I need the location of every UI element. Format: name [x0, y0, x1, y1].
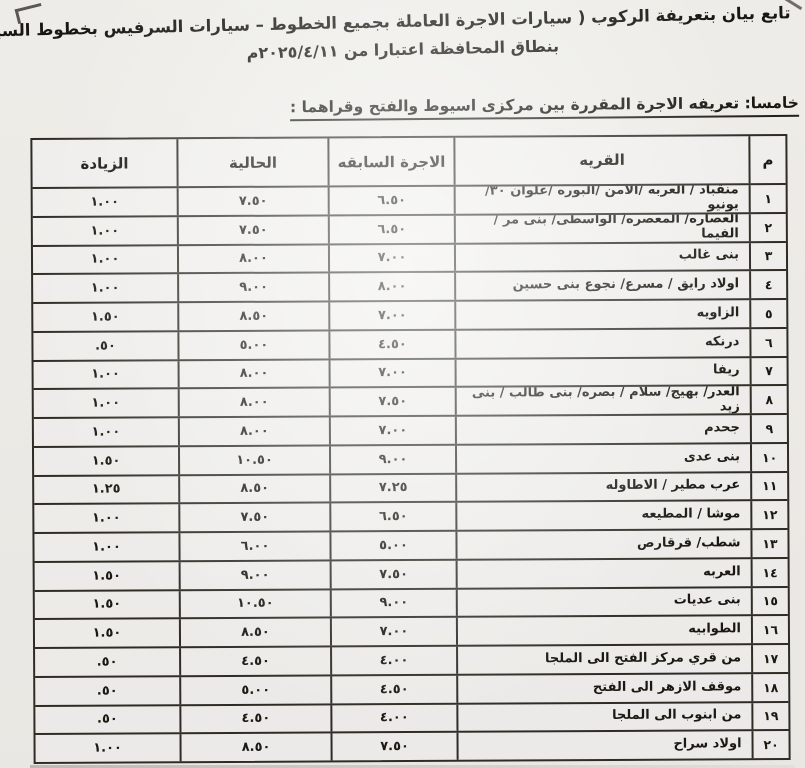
increase-value: ١.٠٠: [91, 252, 120, 267]
row-number-cell: ٩: [750, 415, 787, 442]
previous-fare-value: ٧.٠٠: [380, 624, 409, 639]
table-row: ٥ الزاويه ٧.٠٠ ٨.٥٠ ١.٥٠: [33, 298, 786, 331]
village-name-cell: جحدم: [455, 415, 750, 443]
row-number-cell: ٧: [750, 358, 787, 385]
previous-fare-value: ٧.٠٠: [378, 308, 407, 323]
village-name-cell: بنى غالب: [454, 243, 749, 271]
increase-value: ١.٥٠: [91, 309, 120, 324]
village-name-cell: منقباد / العربه /الامن /البوره /علوان ٣٠…: [454, 185, 749, 213]
table-row: ١٥ بنى عديات ٩.٠٠ ١٠.٥٠ ١.٥٠: [35, 586, 788, 619]
current-fare-value: ٤.٥٠: [241, 654, 270, 669]
current-fare-value: ٨.٥٠: [239, 309, 268, 324]
increase-value: .٥٠: [97, 683, 118, 698]
village-name-cell: اولاد رايق / مسرع/ نجوع بنى حسين: [454, 271, 749, 299]
current-fare-value: ٧.٥٠: [240, 510, 269, 525]
increase-value: ١.٥٠: [92, 453, 121, 468]
previous-fare-value: ٥.٠٠: [379, 538, 408, 553]
village-name-cell: بنى عديات: [456, 588, 751, 616]
header-current-fare: الحالية: [176, 138, 327, 186]
current-fare-value: ٨.٥٠: [242, 740, 271, 755]
village-name-cell: بنى عدى: [455, 444, 750, 472]
previous-fare-value: ٨.٠٠: [378, 279, 407, 294]
village-name-cell: ريفا: [455, 358, 750, 386]
row-number-cell: ٥: [749, 300, 786, 327]
village-name-cell: درنكه: [454, 329, 749, 357]
previous-fare-value: ٧.٠٠: [378, 365, 407, 380]
village-name-cell: الزاويه: [454, 300, 749, 328]
header-previous-fare: الاجرة السابقه: [327, 138, 453, 186]
table-row: ١ منقباد / العربه /الامن /البوره /علوان …: [33, 183, 786, 216]
table-row: ١٨ موقف الازهر الى الفتح ٤.٥٠ ٥.٠٠ .٥٠: [35, 672, 788, 705]
row-number-cell: ٢٠: [751, 731, 788, 758]
increase-value: ١.٠٠: [92, 539, 121, 554]
increase-value: .٥٠: [97, 654, 118, 669]
increase-value: ١.٥٠: [92, 597, 121, 612]
increase-value: ١.٥٠: [92, 568, 121, 583]
village-name-cell: شطب/ قرقارص: [455, 530, 750, 558]
row-number-cell: ١٠: [750, 444, 787, 471]
previous-fare-value: ٧.٠٠: [378, 423, 407, 438]
current-fare-value: ٨.٠٠: [240, 366, 269, 381]
row-number-cell: ١: [749, 185, 786, 212]
current-fare-value: ٩.٠٠: [239, 280, 268, 295]
header-village: القريه: [453, 136, 748, 185]
row-number-cell: ٨: [750, 386, 787, 413]
previous-fare-value: ٦.٥٠: [377, 222, 406, 237]
previous-fare-value: ٦.٥٠: [377, 193, 406, 208]
table-row: ١٩ من ابنوب الى الملجا ٤.٠٠ ٤.٥٠ .٥٠: [35, 701, 788, 734]
village-name-cell: العربه: [456, 559, 751, 587]
increase-value: .٥٠: [97, 712, 118, 727]
previous-fare-value: ٦.٥٠: [379, 509, 408, 524]
header-increase: الزيادة: [32, 139, 176, 187]
fare-table: م القريه الاجرة السابقه الحالية الزيادة …: [30, 134, 790, 764]
current-fare-value: ٤.٥٠: [241, 711, 270, 726]
current-fare-value: ٥.٠٠: [240, 337, 269, 352]
row-number-cell: ١١: [750, 473, 787, 500]
row-number-cell: ١٦: [751, 616, 788, 643]
scanned-document-page: تابع بيان بتعريفة الركوب ( سيارات الاجرة…: [0, 0, 805, 768]
increase-value: .٥٠: [95, 338, 116, 353]
document-header: تابع بيان بتعريفة الركوب ( سيارات الاجرة…: [14, 3, 792, 68]
village-name-cell: الطوابيه: [456, 616, 751, 644]
table-row: ٧ ريفا ٧.٠٠ ٨.٠٠ ١.٠٠: [34, 356, 787, 389]
increase-value: ١.٠٠: [91, 396, 120, 411]
row-number-cell: ١٧: [751, 645, 788, 672]
village-name-cell: موشا / المطيعه: [455, 501, 750, 529]
row-number-cell: ٦: [749, 329, 786, 356]
previous-fare-value: ٤.٠٠: [380, 710, 409, 725]
current-fare-value: ٩.٠٠: [241, 567, 270, 582]
increase-value: ١.٠٠: [91, 367, 120, 382]
increase-value: ١.٠٠: [90, 223, 119, 238]
table-row: ١٧ من قري مركز الفتح الى الملجا ٤.٠٠ ٤.٥…: [35, 643, 788, 676]
table-row: ١٠ بنى عدى ٩.٠٠ ١٠.٥٠ ١.٥٠: [34, 442, 787, 475]
table-row: ١٦ الطوابيه ٧.٠٠ ٨.٥٠ ١.٥٠: [35, 614, 788, 647]
table-row: ٢٠ اولاد سراح ٧.٥٠ ٨.٥٠ ١.٠٠: [35, 729, 788, 762]
row-number-cell: ٣: [749, 243, 786, 270]
increase-value: ١.٢٥: [92, 482, 121, 497]
current-fare-value: ٧.٥٠: [239, 194, 268, 209]
row-number-cell: ١٣: [750, 530, 787, 557]
increase-value: ١.٥٠: [93, 626, 122, 641]
increase-value: ١.٠٠: [91, 424, 120, 439]
current-fare-value: ١٠.٥٠: [236, 452, 273, 467]
previous-fare-value: ٧.٥٠: [379, 567, 408, 582]
village-name-cell: العدر/ بهيج/ سلام / بصره/ بنى طالب / بنى…: [455, 386, 750, 414]
village-name-cell: موقف الازهر الى الفتح: [456, 674, 751, 702]
village-name-cell: من ابنوب الى الملجا: [456, 703, 751, 731]
increase-value: ١.٠٠: [92, 511, 121, 526]
row-number-cell: ١٢: [750, 501, 787, 528]
current-fare-value: ٨.٠٠: [240, 395, 269, 410]
row-number-cell: ١٩: [751, 703, 788, 730]
table-row: ٦ درنكه ٤.٥٠ ٥.٠٠ .٥٠: [33, 327, 786, 360]
village-name-cell: من قري مركز الفتح الى الملجا: [456, 645, 751, 673]
header-index: م: [748, 136, 785, 183]
previous-fare-value: ٩.٠٠: [379, 595, 408, 610]
increase-value: ١.٠٠: [93, 741, 122, 756]
row-number-cell: ١٤: [751, 559, 788, 586]
table-row: ١٣ شطب/ قرقارص ٥.٠٠ ٦.٠٠ ١.٠٠: [34, 528, 787, 561]
table-row: ٤ اولاد رايق / مسرع/ نجوع بنى حسين ٨.٠٠ …: [33, 269, 786, 302]
current-fare-value: ١٠.٥٠: [237, 596, 274, 611]
village-name-cell: العصاره/ المعصره/ الواسطى/ بنى مر / الفي…: [454, 214, 749, 242]
row-number-cell: ١٨: [751, 674, 788, 701]
previous-fare-value: ٧.٥٠: [380, 739, 409, 754]
table-row: ١٢ موشا / المطيعه ٦.٥٠ ٧.٥٠ ١.٠٠: [34, 499, 787, 532]
current-fare-value: ٧.٥٠: [239, 222, 268, 237]
table-header-row: م القريه الاجرة السابقه الحالية الزيادة: [32, 136, 785, 187]
table-row: ١٤ العربه ٧.٥٠ ٩.٠٠ ١.٥٠: [35, 557, 788, 590]
previous-fare-value: ٧.٢٥: [379, 480, 408, 495]
current-fare-value: ٨.٥٠: [240, 481, 269, 496]
current-fare-value: ٥.٠٠: [241, 682, 270, 697]
table-row: ٨ العدر/ بهيج/ سلام / بصره/ بنى طالب / ب…: [34, 384, 787, 417]
table-row: ٢ العصاره/ المعصره/ الواسطى/ بنى مر / ال…: [33, 212, 786, 245]
previous-fare-value: ٧.٠٠: [378, 250, 407, 265]
increase-value: ١.٠٠: [91, 281, 120, 296]
row-number-cell: ٢: [749, 214, 786, 241]
previous-fare-value: ٤.٠٠: [380, 653, 409, 668]
section-title: خامسا: تعريفه الاجرة المقررة بين مركزى ا…: [290, 94, 799, 121]
table-row: ٣ بنى غالب ٧.٠٠ ٨.٠٠ ١.٠٠: [33, 241, 786, 274]
current-fare-value: ٨.٠٠: [239, 251, 268, 266]
village-name-cell: اولاد سراح: [456, 731, 751, 759]
previous-fare-value: ٤.٥٠: [378, 337, 407, 352]
row-number-cell: ١٥: [751, 588, 788, 615]
increase-value: ١.٠٠: [90, 194, 119, 209]
current-fare-value: ٨.٠٠: [240, 424, 269, 439]
village-name-cell: عرب مطير / الاطاوله: [455, 473, 750, 501]
previous-fare-value: ٩.٠٠: [379, 452, 408, 467]
row-number-cell: ٤: [749, 271, 786, 298]
previous-fare-value: ٧.٥٠: [378, 394, 407, 409]
current-fare-value: ٦.٠٠: [241, 539, 270, 554]
table-row: ١١ عرب مطير / الاطاوله ٧.٢٥ ٨.٥٠ ١.٢٥: [34, 471, 787, 504]
current-fare-value: ٨.٥٠: [241, 625, 270, 640]
table-row: ٩ جحدم ٧.٠٠ ٨.٠٠ ١.٠٠: [34, 413, 787, 446]
previous-fare-value: ٤.٥٠: [380, 682, 409, 697]
